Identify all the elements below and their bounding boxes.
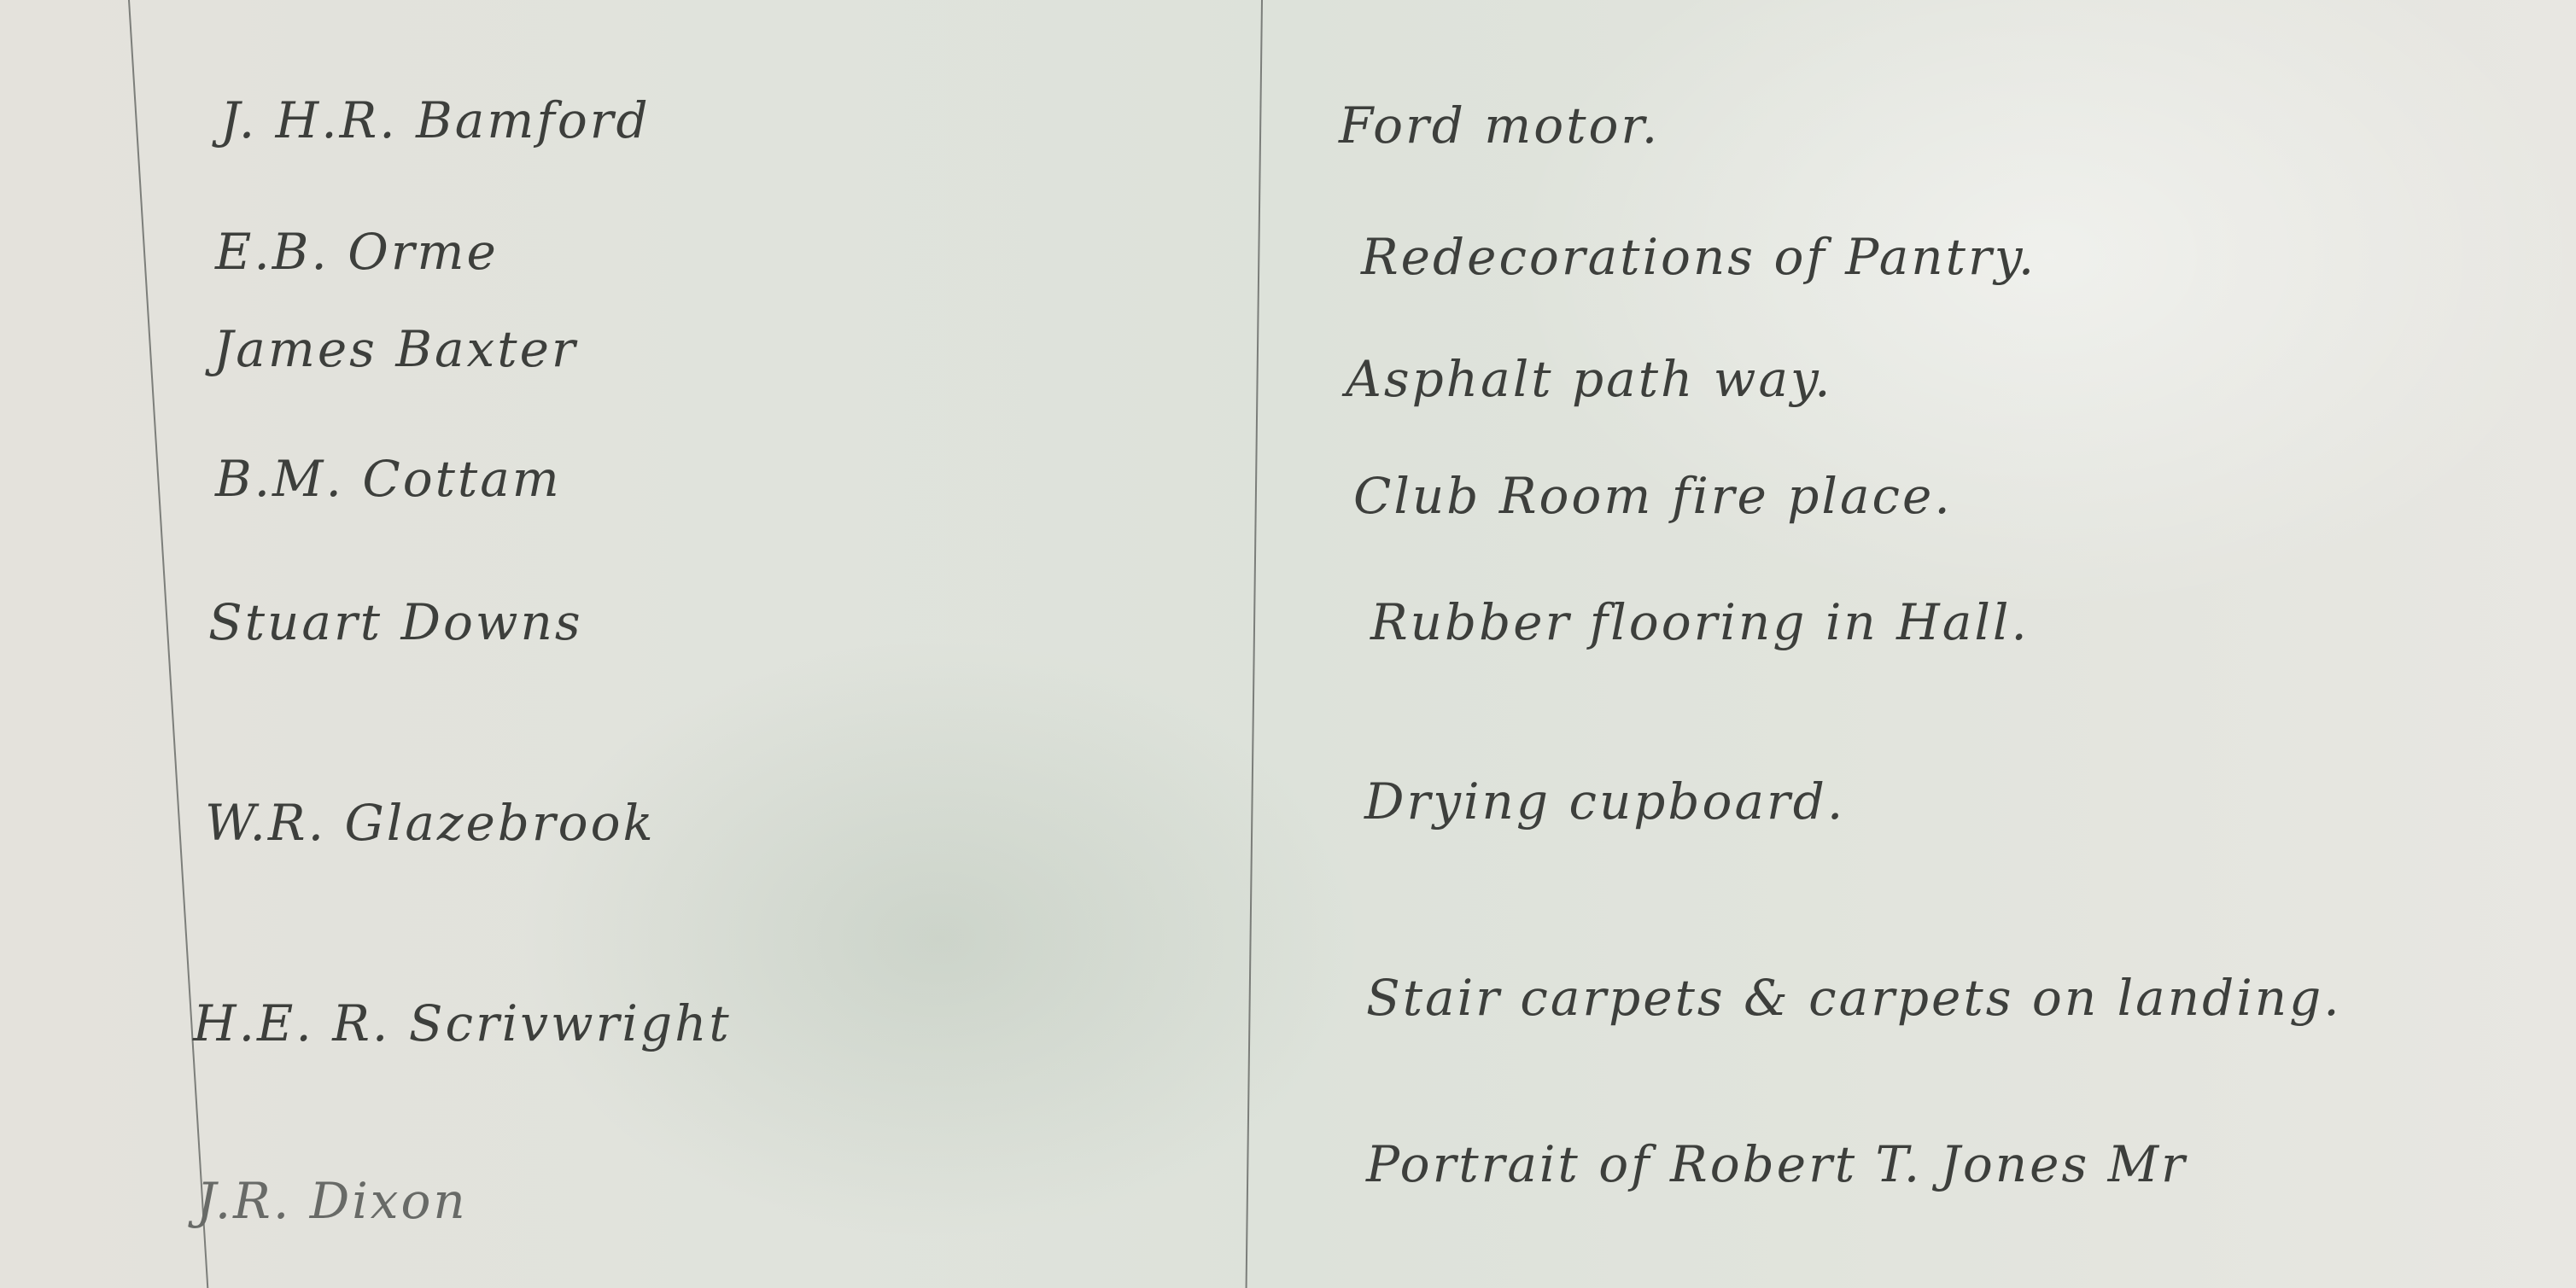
- donor-name: James Baxter: [213, 324, 578, 374]
- gift-description: Club Room fire place.: [1353, 471, 1953, 521]
- donor-name: H.E. R. Scrivwright: [193, 999, 732, 1048]
- gift-description: Ford motor.: [1339, 101, 1660, 150]
- left-margin-rule: [128, 0, 208, 1288]
- gift-description: Redecorations of Pantry.: [1361, 232, 2036, 282]
- donor-name: E.B. Orme: [215, 227, 499, 277]
- gift-description: Drying cupboard.: [1364, 777, 1845, 826]
- donor-name: B.M. Cottam: [215, 454, 562, 504]
- donor-name: W.R. Glazebrook: [205, 798, 656, 848]
- center-column-rule: [1246, 0, 1263, 1288]
- ledger-page: J. H.R. Bamford E.B. Orme James Baxter B…: [0, 0, 2576, 1288]
- donor-name: Stuart Downs: [208, 597, 583, 647]
- gift-description: Rubber flooring in Hall.: [1370, 597, 2030, 647]
- donor-name: J.R. Dixon: [196, 1176, 468, 1226]
- gift-description: Portrait of Robert T. Jones Mr: [1366, 1139, 2188, 1189]
- donor-name: J. H.R. Bamford: [220, 96, 651, 145]
- gift-description: Asphalt path way.: [1346, 354, 1833, 404]
- gift-description: Stair carpets & carpets on landing.: [1366, 973, 2342, 1023]
